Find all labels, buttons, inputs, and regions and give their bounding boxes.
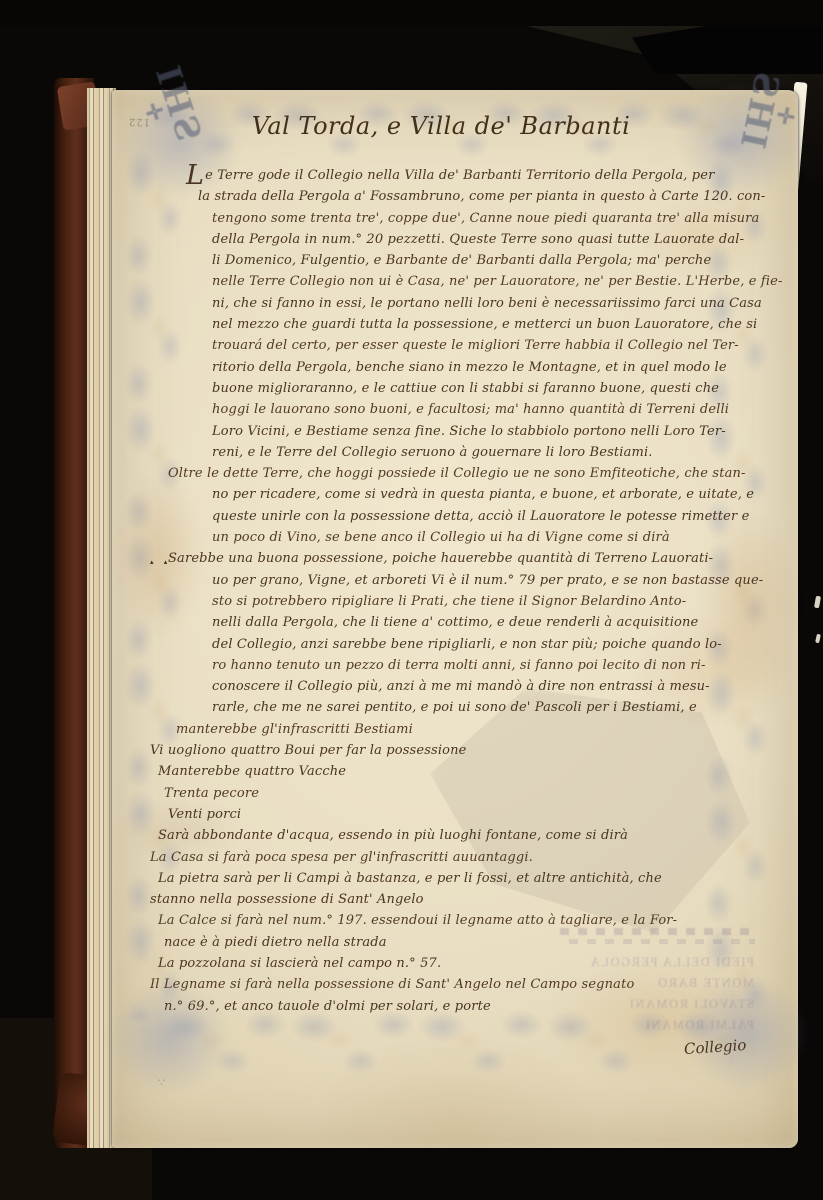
manuscript-line: La pietra sarà per li Campi à bastanza, …	[148, 871, 748, 892]
manuscript-line: Venti porci	[148, 807, 748, 828]
manuscript-line: La pozzolana si lascierà nel campo n.° 5…	[148, 956, 748, 977]
manuscript-line: Trenta pecore	[148, 786, 748, 807]
manuscript-line: ritorio della Pergola, benche siano in m…	[148, 360, 748, 381]
manuscript-line: Vi uogliono quattro Boui per far la poss…	[148, 743, 748, 764]
background-top-strip	[0, 0, 823, 26]
manuscript-line: ro hanno tenuto un pezzo di terra molti …	[148, 658, 748, 679]
manuscript-line: Manterebbe quattro Vacche	[148, 764, 748, 785]
manuscript-line: La Casa si farà poca spesa per gl'infras…	[148, 850, 748, 871]
manuscript-line: nelli dalla Pergola, che li tiene a' cot…	[148, 615, 748, 636]
manuscript-line: Le Terre gode il Collegio nella Villa de…	[148, 168, 748, 189]
manuscript-lines: Le Terre gode il Collegio nella Villa de…	[148, 168, 748, 1020]
parchment-page: ✛ IHS ✛ IHS 122 PIEDI DELLA PERGOLAMONTE…	[112, 90, 798, 1148]
drop-initial: L	[186, 160, 204, 191]
manuscript-line: nelle Terre Collegio non ui è Casa, ne' …	[148, 274, 748, 295]
manuscript-line: la strada della Pergola a' Fossambruno, …	[148, 189, 748, 210]
manuscript-line: conoscere il Collegio più, anzi à me mi …	[148, 679, 748, 700]
manuscript-line: nel mezzo che guardi tutta la possession…	[148, 317, 748, 338]
manuscript-line: La Calce si farà nel num.° 197. essendou…	[148, 913, 748, 934]
manuscript-line: queste unirle con la possessione detta, …	[148, 509, 748, 530]
manuscript-line: li Domenico, Fulgentio, e Barbante de' B…	[148, 253, 748, 274]
manuscript-line: della Pergola in num.° 20 pezzetti. Ques…	[148, 232, 748, 253]
margin-mark: ▴ ▴	[150, 558, 171, 566]
manuscript-line: Sarebbe una buona possessione, poiche ha…	[148, 551, 748, 572]
page-edge-speck	[814, 596, 821, 609]
manuscript-line: hoggi le lauorano sono buoni, e facultos…	[148, 402, 748, 423]
manuscript-line: Loro Vicini, e Bestiame senza fine. Sich…	[148, 424, 748, 445]
manuscript-line: sto si potrebbero ripigliare li Prati, c…	[148, 594, 748, 615]
manuscript-line: reni, e le Terre del Collegio seruono à …	[148, 445, 748, 466]
manuscript-line: ni, che si fanno in essi, le portano nel…	[148, 296, 748, 317]
manuscript-line: Il Legname si farà nella possessione di …	[148, 977, 748, 998]
page-title: Val Torda, e Villa de' Barbanti	[106, 112, 776, 140]
manuscript-line: Oltre le dette Terre, che hoggi possiede…	[148, 466, 748, 487]
manuscript-line: trouará del certo, per esser queste le m…	[148, 338, 748, 359]
manuscript-line: del Collegio, anzi sarebbe bene ripiglia…	[148, 637, 748, 658]
manuscript-line: stanno nella possessione di Sant' Angelo	[148, 892, 748, 913]
manuscript-line: uo per grano, Vigne, et arboreti Vi è il…	[148, 573, 748, 594]
faint-bottom-mark: ∵	[158, 1076, 167, 1089]
manuscript-line: tengono some trenta tre', coppe due', Ca…	[148, 211, 748, 232]
manuscript-line: nace è à piedi dietro nella strada	[148, 935, 748, 956]
manuscript-line: un poco di Vino, se bene anco il Collegi…	[148, 530, 748, 551]
manuscript-line: no per ricadere, come si vedrà in questa…	[148, 487, 748, 508]
page-edge-speck	[815, 634, 821, 644]
manuscript-line: n.° 69.°, et anco tauole d'olmi per sola…	[148, 999, 748, 1020]
manuscript-line: buone miglioraranno, e le cattiue con li…	[148, 381, 748, 402]
photograph-background: ✛ IHS ✛ IHS 122 PIEDI DELLA PERGOLAMONTE…	[0, 0, 823, 1200]
manuscript-line: Sarà abbondante d'acqua, essendo in più …	[148, 828, 748, 849]
manuscript-line: manterebbe gl'infrascritti Bestiami	[148, 722, 748, 743]
manuscript-line: rarle, che me ne sarei pentito, e poi ui…	[148, 700, 748, 721]
catchword: Collegio	[683, 1036, 747, 1058]
